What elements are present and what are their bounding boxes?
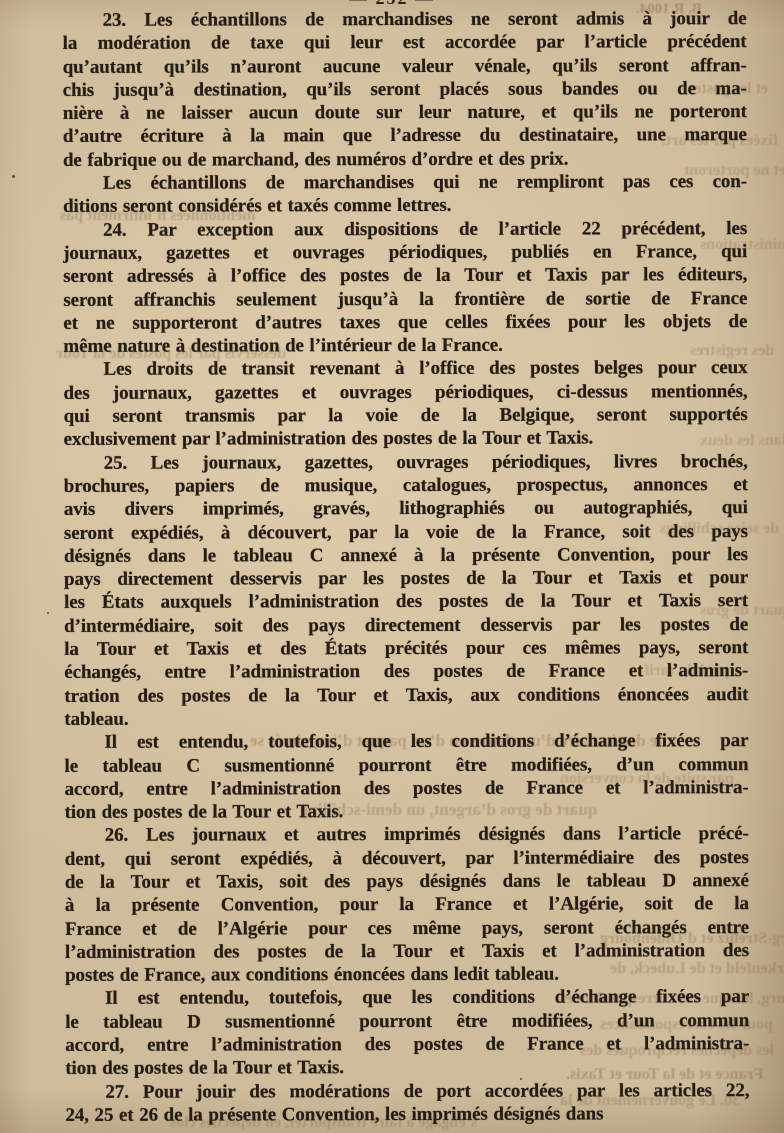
text-line: journaux, gazettes et ouvrages périodiqu… <box>63 240 747 265</box>
text-line: qui seront transmis par la voie de la Be… <box>64 403 748 428</box>
text-line: le tableau C susmentionné pourront être … <box>64 753 748 778</box>
text-line: même nature à destination de l’intérieur… <box>63 333 747 358</box>
text-line: brochures, papiers de musique, catalogue… <box>64 473 748 498</box>
text-line: d’intermédiaire, soit des pays directeme… <box>64 613 748 638</box>
text-line: tableau. <box>64 706 748 731</box>
text-line: Les échantillons de marchandises qui ne … <box>63 170 747 195</box>
text-line: désignés dans le tableau C annexé à la p… <box>64 543 748 568</box>
text-line: 27. Pour jouir des modérations de port a… <box>65 1079 749 1104</box>
text-line: seront adressés à l’office des postes de… <box>63 263 747 288</box>
text-line: échangés, entre l’administration des pos… <box>64 659 748 684</box>
text-line: 26. Les journaux et autres imprimés dési… <box>65 822 749 847</box>
text-line: qu’autant qu’ils n’auront aucune valeur … <box>63 54 747 79</box>
text-line: d’autre écriture à la main que l’adresse… <box>63 124 747 149</box>
text-line: pays directement desservis par les poste… <box>64 566 748 591</box>
document-text: 23. Les échantillons de marchandises ne … <box>63 7 750 1127</box>
text-line: l’administration des postes de la Tour e… <box>65 939 749 964</box>
text-line: dent, qui seront expédiés, à découvert, … <box>65 846 749 871</box>
text-line: de fabrique ou de marchand, des numéros … <box>63 147 747 172</box>
text-line: de la Tour et Taxis, soit des pays désig… <box>65 869 749 894</box>
text-line: exclusivement par l’administration des p… <box>64 426 748 451</box>
text-line: chis jusqu’à destination, qu’ils seront … <box>63 77 747 102</box>
text-line: les États auxquels l’administration des … <box>64 590 748 615</box>
text-line: 24. Par exception aux dispositions de l’… <box>63 217 747 242</box>
paper-speck <box>12 175 15 178</box>
text-line: 24, 25 et 26 de la présente Convention, … <box>65 1102 749 1127</box>
paper-speck <box>47 612 49 614</box>
text-line: 25. Les journaux, gazettes, ouvrages pér… <box>64 450 748 475</box>
text-line: ditions seront considérés et taxés comme… <box>63 193 747 218</box>
text-line: postes de France, aux conditions énoncée… <box>65 962 749 987</box>
text-line: avis divers imprimés, gravés, lithograph… <box>64 496 748 521</box>
text-line: tion des postes de la Tour et Taxis. <box>65 799 749 824</box>
text-line: tion des postes de la Tour et Taxis. <box>65 1055 749 1080</box>
text-line: des journaux, gazettes et ouvrages pério… <box>64 380 748 405</box>
text-line: Les droits de transit revenant à l’offic… <box>63 357 747 382</box>
text-line: nière à ne laisser aucun doute sur leur … <box>63 100 747 125</box>
text-line: 23. Les échantillons de marchandises ne … <box>63 7 747 32</box>
text-line: et ne supporteront d’autres taxes que ce… <box>63 310 747 335</box>
text-line: accord, entre l’administration des poste… <box>65 776 749 801</box>
text-line: France et de l’Algérie pour ces même pay… <box>65 916 749 941</box>
text-line: à la présente Convention, pour la France… <box>65 892 749 917</box>
text-line: Il est entendu, toutefois, que les condi… <box>64 729 748 754</box>
text-line: accord, entre l’administration des poste… <box>65 1032 749 1057</box>
text-line: la modération de taxe qui leur est accor… <box>63 30 747 55</box>
text-line: seront affranchis seulement jusqu’à la f… <box>63 287 747 312</box>
text-line: tration des postes de la Tour et Taxis, … <box>64 683 748 708</box>
text-line: Il est entendu, toutefois, que les condi… <box>65 986 749 1011</box>
text-line: seront expédiés, à découvert, par la voi… <box>64 520 748 545</box>
text-line: la Tour et Taxis et des États précités p… <box>64 636 748 661</box>
text-line: le tableau D susmentionné pourront être … <box>65 1009 749 1034</box>
scanned-book-page: — 252 — B. R 1004.et les postesfixées pa… <box>0 0 784 1133</box>
